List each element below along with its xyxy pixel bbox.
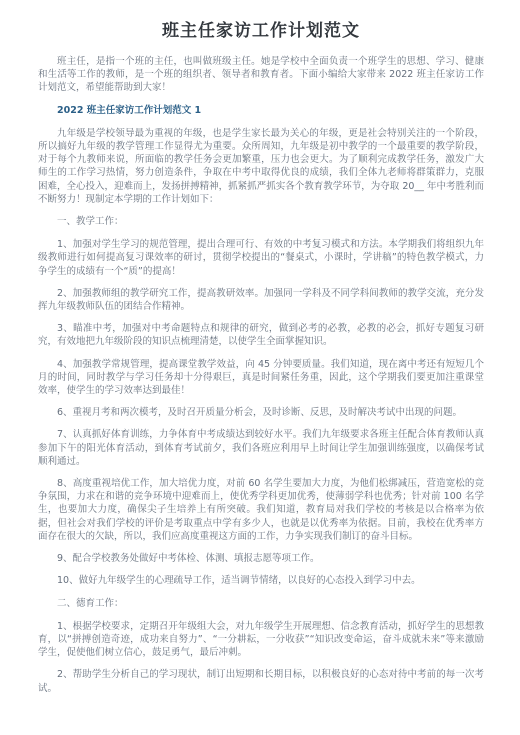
sample-heading: 2022 班主任家访工作计划范文 1 [38,104,484,117]
section-2-heading: 二、德育工作： [38,597,484,610]
overview-paragraph: 九年级是学校领导最为重视的年级，也是学生家长最为关心的年级，更是社会特别关注的一… [38,127,484,206]
teaching-item-8: 8、高度重视培优工作，加大培优力度，对前 60 名学生要加大力度，为他们松绑减压… [38,477,484,543]
moral-item-2: 2、帮助学生分析自己的学习现状，制订出短期和长期目标，以积极良好的心态对待中考前… [38,668,484,694]
teaching-item-4: 4、加强教学常规管理，提高课堂教学效益，向 45 分钟要质量。我们知道，现在离中… [38,358,484,398]
teaching-item-1: 1、加强对学生学习的规范管理，提出合理可行、有效的中考复习模式和方法。本学期我们… [38,238,484,278]
section-1-heading: 一、教学工作： [38,215,484,228]
moral-item-1: 1、根据学校要求，定期召开年级组大会，对九年级学生开展理想、信念教育活动，抓好学… [38,620,484,660]
document-title: 班主任家访工作计划范文 [38,16,484,41]
document-page: 班主任家访工作计划范文 班主任，是指一个班的主任，也叫做班级主任。她是学校中全面… [0,0,520,735]
teaching-item-2: 2、加强教师组的教学研究工作，提高教研效率。加强同一学科及不同学科间教师的教学交… [38,287,484,313]
intro-paragraph: 班主任，是指一个班的主任，也叫做班级主任。她是学校中全面负责一个班学生的思想、学… [38,55,484,95]
teaching-item-9: 9、配合学校教务处做好中考体检、体测、填报志愿等项工作。 [38,552,484,565]
teaching-item-7: 7、认真抓好体育训练，力争体育中考成绩达到较好水平。我们九年级要求各班主任配合体… [38,428,484,468]
teaching-item-10: 10、做好九年级学生的心理疏导工作，适当调节情绪，以良好的心态投入到学习中去。 [38,574,484,587]
teaching-item-6: 6、重视月考和两次模考，及时召开质量分析会，及时诊断、反思，及时解决考试中出现的… [38,406,484,419]
teaching-item-3: 3、瞄准中考，加强对中考命题特点和规律的研究，做到必考的必教，必教的必会，抓好专… [38,322,484,348]
